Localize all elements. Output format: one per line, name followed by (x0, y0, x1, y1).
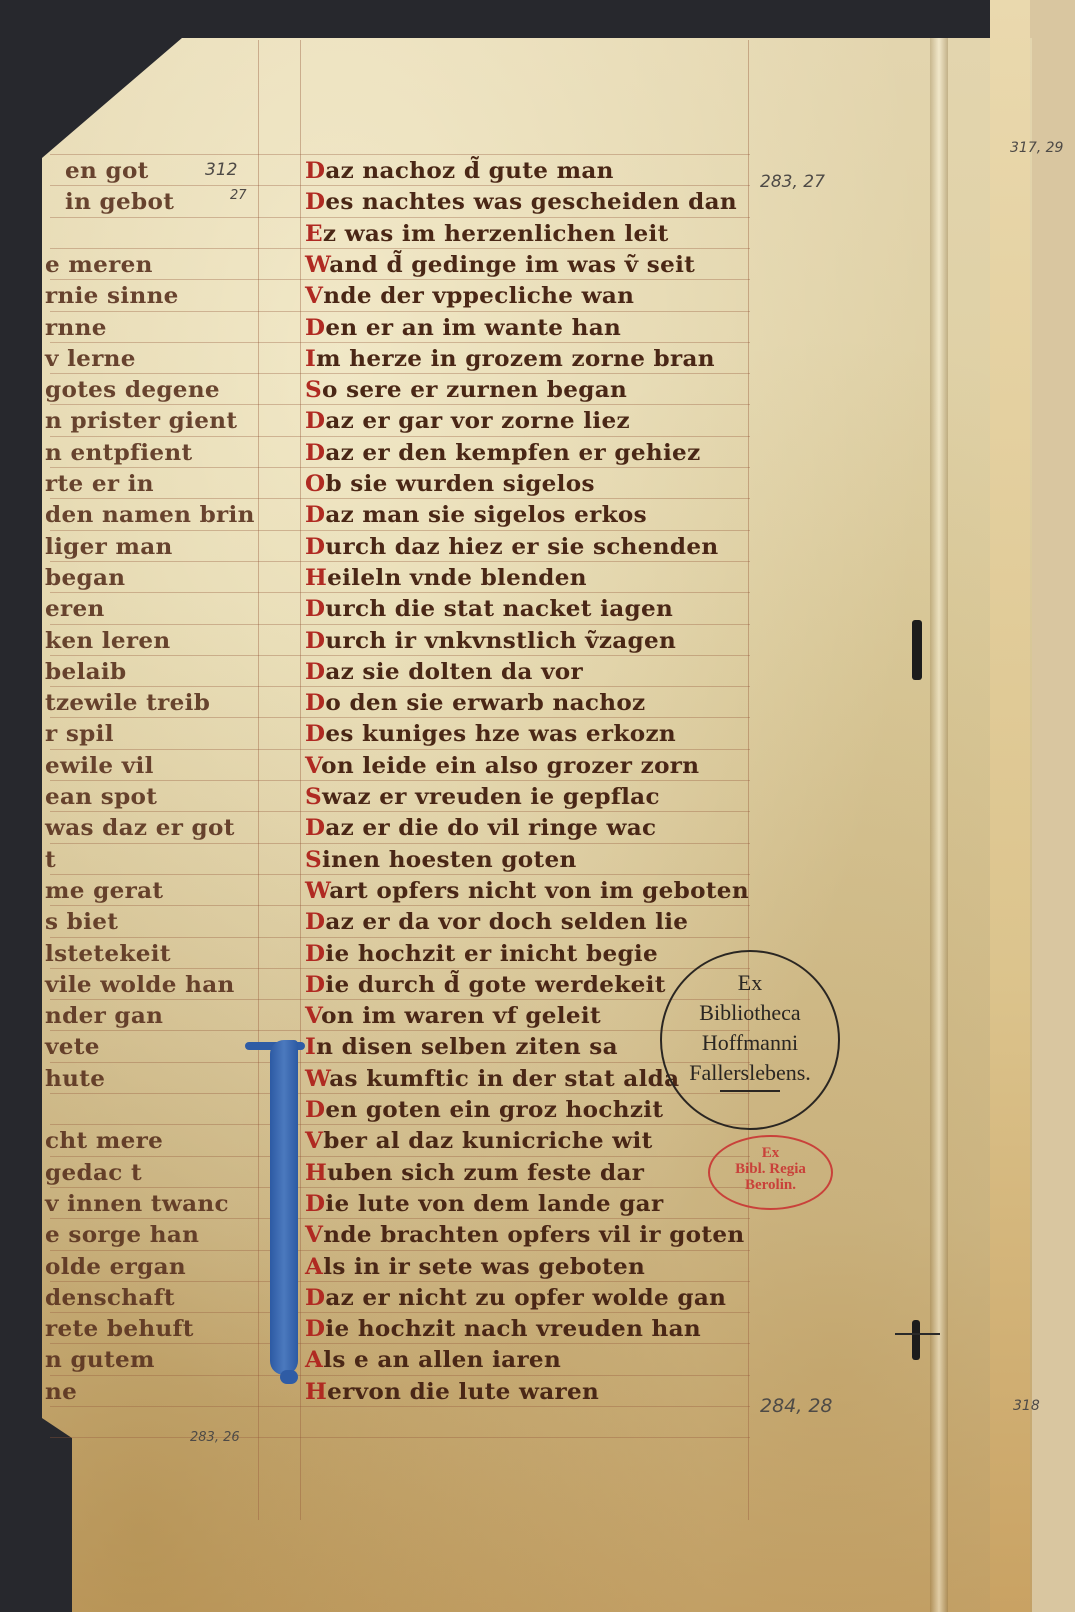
rubricated-initial: D (305, 596, 325, 622)
ruling-line (50, 843, 750, 844)
ruling-line (50, 436, 750, 437)
rubricated-initial: A (305, 1254, 323, 1280)
verse-line: Wart opfers nicht von im geboten (305, 878, 749, 904)
ruling-line (50, 373, 750, 374)
ruling-line (50, 749, 750, 750)
verse-line: Die durch d̃ gote werdekeit (305, 972, 666, 998)
verse-line: Daz er den kempfen er gehiez (305, 440, 701, 466)
ruling-line (50, 342, 750, 343)
stamp-line: Bibliotheca (662, 998, 838, 1028)
ruling-line (50, 905, 750, 906)
verse-line: Daz er da vor doch selden lie (305, 909, 688, 935)
verse-text: eileln vnde blenden (327, 565, 587, 591)
fragment-line: ewile vil (45, 753, 154, 779)
fragment-line: olde ergan (45, 1254, 186, 1280)
fragment-line: gotes degene (45, 377, 220, 403)
ruling-line (50, 279, 750, 280)
fragment-line: rete behuft (45, 1316, 194, 1342)
verse-line: Swaz er vreuden ie gepflac (305, 784, 660, 810)
fragment-line: s biet (45, 909, 118, 935)
fragment-line: rnie sinne (45, 283, 179, 309)
verse-text: ie hochzit er inicht begie (325, 941, 658, 967)
ruling-line (50, 1437, 750, 1438)
fragment-line: ean spot (45, 784, 157, 810)
fragment-line: e sorge han (45, 1222, 199, 1248)
ruling-line (50, 311, 750, 312)
verse-text: az man sie sigelos erkos (325, 502, 647, 528)
verse-text: uben sich zum feste dar (327, 1160, 644, 1186)
verse-text: z was im herzenlichen leit (323, 221, 669, 247)
fragment-line: n entpfient (45, 440, 192, 466)
verse-text: ls in ir sete was geboten (323, 1254, 645, 1280)
fragment-line: e meren (45, 252, 153, 278)
rubricated-initial: I (305, 1034, 316, 1060)
verse-text: and d̃ gedinge im was ṽ seit (329, 252, 695, 278)
ruling-line (50, 1406, 750, 1407)
fragment-line: n prister gient (45, 408, 237, 434)
fragment-line: r spil (45, 721, 114, 747)
rubricated-initial: D (305, 315, 325, 341)
rubricated-initial: D (305, 440, 325, 466)
verse-line: Den goten ein groz hochzit (305, 1097, 663, 1123)
ruling-line (50, 874, 750, 875)
rubricated-initial: W (305, 252, 329, 278)
fragment-line: belaib (45, 659, 126, 685)
verse-text: as kumftic in der stat alda (329, 1066, 679, 1092)
ruling-line (50, 1062, 750, 1063)
verse-line: Sinen hoesten goten (305, 847, 577, 873)
verse-line: Daz er gar vor zorne liez (305, 408, 630, 434)
pencil-note-bottom: 284, 28 (760, 1395, 833, 1417)
rubricated-initial: O (305, 471, 325, 497)
pencil-note-far-right: 317, 29 (1010, 140, 1063, 156)
ruling-line (50, 498, 750, 499)
verse-text: az sie dolten da vor (325, 659, 583, 685)
initial-serif-bottom (280, 1370, 298, 1384)
conjoint-leaf-strip (990, 0, 1030, 1612)
rubricated-initial: I (305, 346, 316, 372)
rubricated-initial: W (305, 1066, 329, 1092)
verse-line: Des nachtes was gescheiden dan (305, 189, 737, 215)
verse-text: urch daz hiez er sie schenden (325, 534, 718, 560)
fragment-line: denschaft (45, 1285, 175, 1311)
stamp-line: Hoffmanni (662, 1028, 838, 1058)
ruling-line (50, 217, 750, 218)
rubricated-initial: H (305, 565, 327, 591)
rubricated-initial: D (305, 1285, 325, 1311)
pencil-note-folio: 283, 27 (760, 172, 825, 192)
rubricated-initial: V (305, 1222, 323, 1248)
column-rule-initial (300, 40, 301, 1520)
verse-line: Daz man sie sigelos erkos (305, 502, 647, 528)
fragment-line: tzewile treib (45, 690, 210, 716)
verse-line: Daz nachoz d̃ gute man (305, 158, 614, 184)
rubricated-initial: D (305, 534, 325, 560)
ruling-line (50, 717, 750, 718)
binding-hole (912, 1320, 920, 1360)
hoffmann-fallersleben-stamp: Ex Bibliotheca Hoffmanni Fallerslebens. (660, 950, 840, 1130)
rubricated-initial: H (305, 1379, 327, 1405)
pencil-note-bottom-far-right: 318 (1013, 1398, 1040, 1414)
verse-text: m herze in grozem zorne bran (316, 346, 715, 372)
fragment-line: gedac t (45, 1160, 142, 1186)
verse-line: Von im waren vf geleit (305, 1003, 601, 1029)
ruling-line (50, 655, 750, 656)
verse-line: Ob sie wurden sigelos (305, 471, 595, 497)
fragment-line: liger man (45, 534, 173, 560)
rubricated-initial: D (305, 690, 325, 716)
verse-line: In disen selben ziten sa (305, 1034, 618, 1060)
verse-text: on im waren vf geleit (321, 1003, 601, 1029)
verse-text: es nachtes was gescheiden dan (325, 189, 737, 215)
ruling-line (50, 780, 750, 781)
fragment-line: den namen brin (45, 502, 255, 528)
verse-text: az er gar vor zorne liez (325, 408, 630, 434)
ruling-line (50, 1218, 750, 1219)
rubricated-initial: D (305, 972, 325, 998)
verse-text: urch die stat nacket iagen (325, 596, 673, 622)
ruling-line (50, 1124, 750, 1125)
verse-text: az er den kempfen er gehiez (325, 440, 700, 466)
ruling-line (50, 185, 750, 186)
pencil-note-bottom-left: 283, 26 (190, 1430, 240, 1445)
verse-line: Wand d̃ gedinge im was ṽ seit (305, 252, 695, 278)
rubricated-initial: V (305, 1128, 323, 1154)
fragment-line: nder gan (45, 1003, 163, 1029)
verse-text: nde brachten opfers vil ir goten (323, 1222, 744, 1248)
ruling-line (50, 1281, 750, 1282)
ruling-line (50, 530, 750, 531)
verse-line: Vnde brachten opfers vil ir goten (305, 1222, 745, 1248)
verse-line: Die hochzit nach vreuden han (305, 1316, 701, 1342)
bibl-regia-berolin-stamp: Ex Bibl. Regia Berolin. (708, 1135, 833, 1210)
stamp-line: Ex (662, 968, 838, 998)
fragment-line: vete (45, 1034, 100, 1060)
ruling-line (50, 154, 750, 155)
verse-line: Huben sich zum feste dar (305, 1160, 644, 1186)
ruling-line (50, 248, 750, 249)
verse-line: Als in ir sete was geboten (305, 1254, 645, 1280)
adjacent-leaf-edge (1030, 0, 1075, 1612)
rubricated-initial: A (305, 1347, 323, 1373)
verse-text: az er da vor doch selden lie (325, 909, 688, 935)
ruling-line (50, 1187, 750, 1188)
verse-line: Daz er die do vil ringe wac (305, 815, 656, 841)
verse-line: Ez was im herzenlichen leit (305, 221, 669, 247)
fragment-line: lstetekeit (45, 941, 171, 967)
verse-text: ie lute von dem lande gar (325, 1191, 663, 1217)
ruling-line (50, 1156, 750, 1157)
column-rule-right (748, 40, 749, 1520)
rubricated-initial: D (305, 1316, 325, 1342)
verse-text: ervon die lute waren (327, 1379, 599, 1405)
gutter-fold (930, 38, 948, 1612)
rubricated-initial: V (305, 283, 323, 309)
stitch-mark (895, 1333, 940, 1335)
ruling-line (50, 686, 750, 687)
ruling-line (50, 404, 750, 405)
rubricated-initial: D (305, 189, 325, 215)
ruling-line (50, 1250, 750, 1251)
ruling-line (50, 467, 750, 468)
fragment-line: rte er in (45, 471, 154, 497)
pencil-note-top-left-sub: 27 (230, 188, 247, 203)
verse-line: Die lute von dem lande gar (305, 1191, 663, 1217)
fragment-line: was daz er got (45, 815, 235, 841)
stamp-line: Fallerslebens. (662, 1058, 838, 1088)
fragment-line: began (45, 565, 125, 591)
verse-line: Als e an allen iaren (305, 1347, 561, 1373)
verse-line: Im herze in grozem zorne bran (305, 346, 715, 372)
verse-text: az nachoz d̃ gute man (325, 158, 613, 184)
rubricated-initial: H (305, 1160, 327, 1186)
fragment-line: me gerat (45, 878, 163, 904)
fragment-line: eren (45, 596, 105, 622)
verse-text: en er an im wante han (325, 315, 621, 341)
column-rule-left (258, 40, 259, 1520)
verse-line: Vber al daz kunicriche wit (305, 1128, 653, 1154)
fragment-line: n gutem (45, 1347, 155, 1373)
verse-text: n disen selben ziten sa (316, 1034, 618, 1060)
stamp-line: Bibl. Regia (710, 1161, 831, 1177)
verse-text: o sere er zurnen began (322, 377, 627, 403)
ruling-line (50, 1312, 750, 1313)
verse-line: Heileln vnde blenden (305, 565, 587, 591)
stamp-underline (720, 1090, 780, 1092)
ruling-line (50, 1093, 750, 1094)
fragment-line: cht mere (45, 1128, 163, 1154)
rubricated-initial: D (305, 815, 325, 841)
fragment-line: v lerne (45, 346, 136, 372)
verse-text: en goten ein groz hochzit (325, 1097, 663, 1123)
rubricated-initial: D (305, 158, 325, 184)
fragment-line: rnne (45, 315, 107, 341)
verse-line: Durch die stat nacket iagen (305, 596, 673, 622)
verse-line: Was kumftic in der stat alda (305, 1066, 679, 1092)
ruling-line (50, 1030, 750, 1031)
rubricated-initial: S (305, 847, 322, 873)
verse-line: Vnde der vppecliche wan (305, 283, 634, 309)
verse-line: So sere er zurnen began (305, 377, 627, 403)
binding-hole (912, 620, 922, 680)
rubricated-initial: D (305, 502, 325, 528)
verse-text: o den sie erwarb nachoz (325, 690, 645, 716)
verse-text: nde der vppecliche wan (323, 283, 634, 309)
verse-text: waz er vreuden ie gepflac (322, 784, 660, 810)
fragment-line: vile wolde han (45, 972, 235, 998)
rubricated-initial: D (305, 628, 325, 654)
stamp-line: Berolin. (710, 1177, 831, 1193)
verse-line: Die hochzit er inicht begie (305, 941, 658, 967)
ruling-line (50, 561, 750, 562)
ruling-line (50, 592, 750, 593)
verse-line: Hervon die lute waren (305, 1379, 599, 1405)
rubricated-initial: D (305, 909, 325, 935)
ruling-line (50, 968, 750, 969)
verse-line: Von leide ein also grozer zorn (305, 753, 699, 779)
verse-text: es kuniges hze was erkozn (325, 721, 676, 747)
rubricated-initial: E (305, 221, 323, 247)
ruling-line (50, 624, 750, 625)
rubricated-initial: D (305, 721, 325, 747)
verse-text: ls e an allen iaren (323, 1347, 561, 1373)
verse-text: on leide ein also grozer zorn (321, 753, 699, 779)
fragment-line: ken leren (45, 628, 171, 654)
verse-text: inen hoesten goten (322, 847, 577, 873)
verse-line: Daz sie dolten da vor (305, 659, 583, 685)
ruling-line (50, 937, 750, 938)
rubricated-initial: V (305, 1003, 321, 1029)
decorated-initial-i (270, 1040, 298, 1375)
ruling-line (50, 999, 750, 1000)
ruling-line (50, 1375, 750, 1376)
rubricated-initial: S (305, 784, 322, 810)
verse-text: ie hochzit nach vreuden han (325, 1316, 701, 1342)
ruling-line (50, 811, 750, 812)
pencil-note-top-left: 312 (205, 160, 237, 180)
fragment-line: t (45, 847, 56, 873)
verse-line: Do den sie erwarb nachoz (305, 690, 645, 716)
rubricated-initial: D (305, 941, 325, 967)
rubricated-initial: D (305, 659, 325, 685)
fragment-line: in gebot (65, 189, 174, 215)
verse-line: Des kuniges hze was erkozn (305, 721, 676, 747)
rubricated-initial: D (305, 1097, 325, 1123)
rubricated-initial: D (305, 408, 325, 434)
verse-text: az er nicht zu opfer wolde gan (325, 1285, 726, 1311)
verse-text: urch ir vnkvnstlich ṽzagen (325, 628, 676, 654)
fragment-line: en got (65, 158, 149, 184)
verse-line: Daz er nicht zu opfer wolde gan (305, 1285, 726, 1311)
verse-line: Durch ir vnkvnstlich ṽzagen (305, 628, 676, 654)
verse-text: art opfers nicht von im geboten (329, 878, 749, 904)
stamp-line: Ex (710, 1145, 831, 1161)
verse-line: Den er an im wante han (305, 315, 621, 341)
fragment-line: hute (45, 1066, 105, 1092)
verse-text: az er die do vil ringe wac (325, 815, 656, 841)
rubricated-initial: S (305, 377, 322, 403)
rubricated-initial: D (305, 1191, 325, 1217)
verse-text: ber al daz kunicriche wit (323, 1128, 652, 1154)
verse-text: ie durch d̃ gote werdekeit (325, 972, 665, 998)
ruling-line (50, 1343, 750, 1344)
fragment-line: v innen twanc (45, 1191, 229, 1217)
rubricated-initial: V (305, 753, 321, 779)
fragment-line: ne (45, 1379, 77, 1405)
verse-line: Durch daz hiez er sie schenden (305, 534, 719, 560)
verse-text: b sie wurden sigelos (325, 471, 594, 497)
rubricated-initial: W (305, 878, 329, 904)
